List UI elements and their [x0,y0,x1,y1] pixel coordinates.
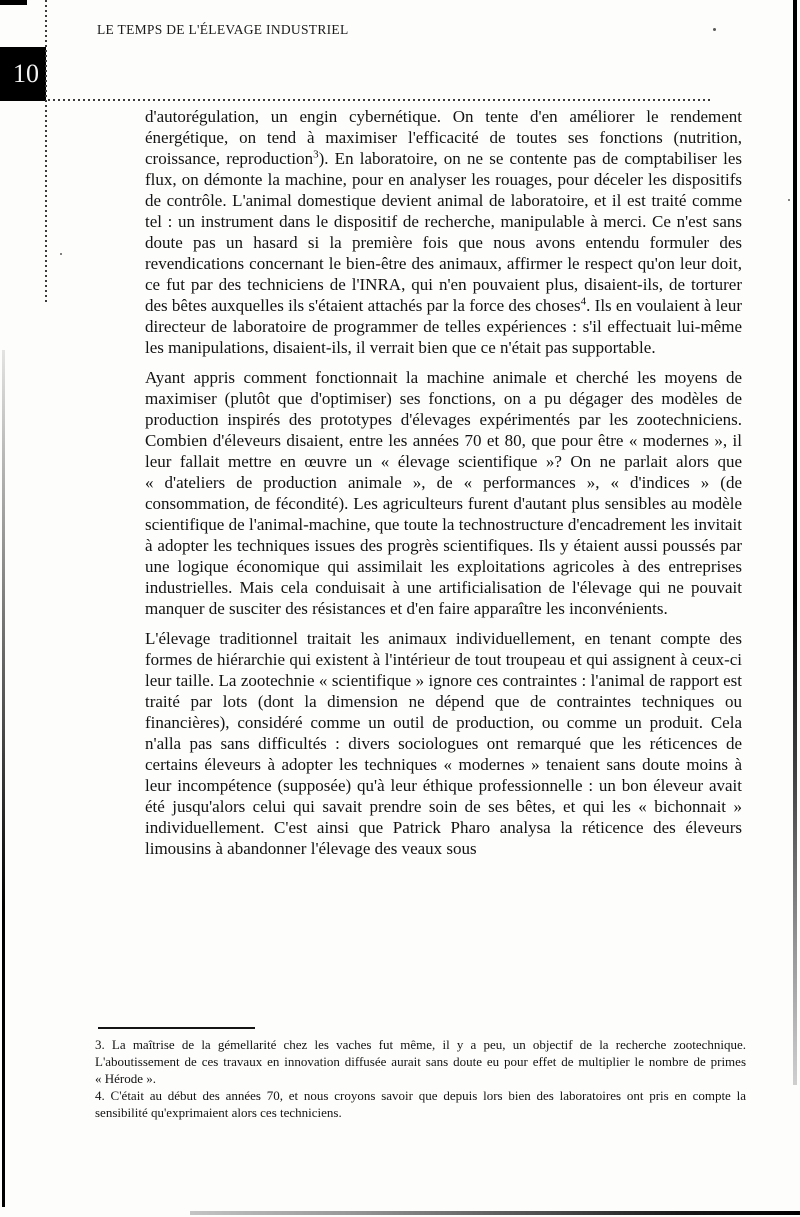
page-number: 10 [13,59,39,89]
footnote-separator [98,1027,255,1029]
dotted-horizontal-rule [48,99,710,101]
page-number-box: 10 [0,47,46,101]
body-text: d'autorégulation, un engin cybernétique.… [145,106,742,868]
paragraph: d'autorégulation, un engin cybernétique.… [145,106,742,358]
book-page: LE TEMPS DE L'ÉLEVAGE INDUSTRIEL 10 d'au… [0,0,800,1217]
running-title: LE TEMPS DE L'ÉLEVAGE INDUSTRIEL [97,22,349,38]
footnote-ref: 3 [313,148,319,160]
paragraph: L'élevage traditionnel traitait les anim… [145,628,742,859]
dotted-vertical-rule [45,0,47,304]
footnote: 3. La maîtrise de la gémellarité chez le… [95,1036,746,1087]
scan-edge-bottom [190,1211,800,1215]
footnotes: 3. La maîtrise de la gémellarité chez le… [95,1036,746,1121]
scan-speck [788,199,790,201]
scan-speck [60,253,62,255]
footnote-ref: 4 [581,295,587,307]
scan-edge-left [2,350,5,1207]
footnote: 4. C'était au début des années 70, et no… [95,1087,746,1121]
scan-edge-right [793,0,797,1085]
paragraph: Ayant appris comment fonctionnait la mac… [145,367,742,619]
scan-speck [713,28,716,31]
scan-corner-mark [0,0,27,5]
